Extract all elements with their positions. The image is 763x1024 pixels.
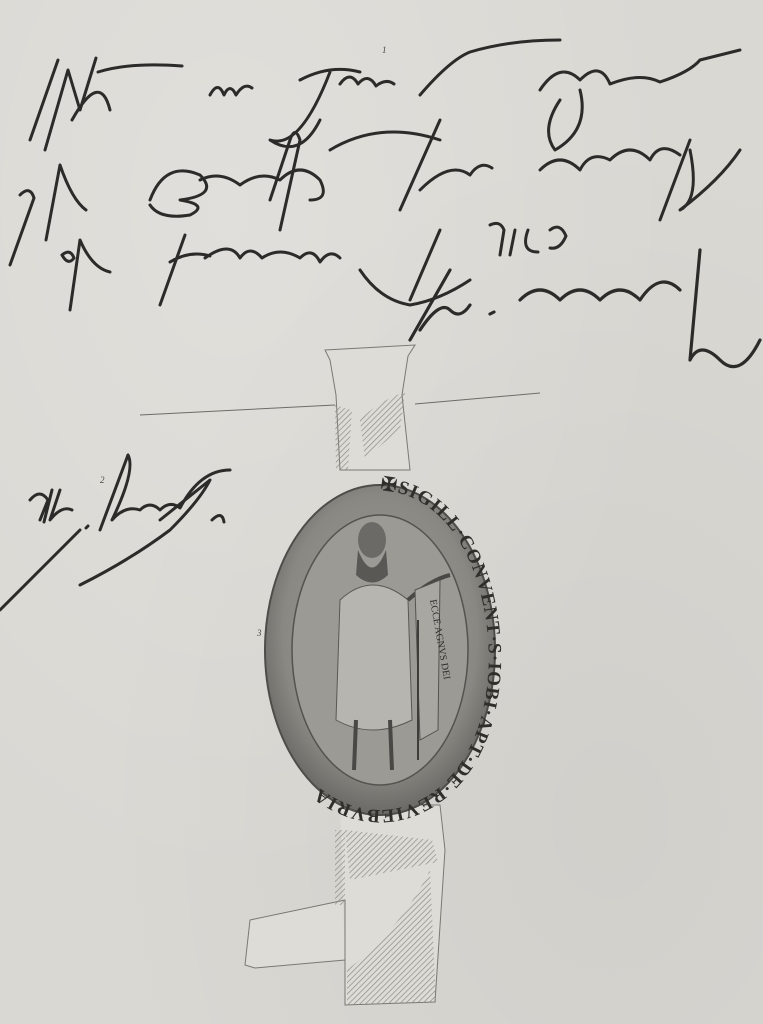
marker-1: 1 [382,45,387,55]
document-page: ✠SIGILL·CONVENT·S·IOBI·APT·DE·REVIEBVRIA… [0,0,763,1024]
wax-seal: ✠SIGILL·CONVENT·S·IOBI·APT·DE·REVIEBVRIA… [0,0,763,1024]
marker-2: 2 [100,475,105,485]
marker-3: 3 [257,628,262,638]
